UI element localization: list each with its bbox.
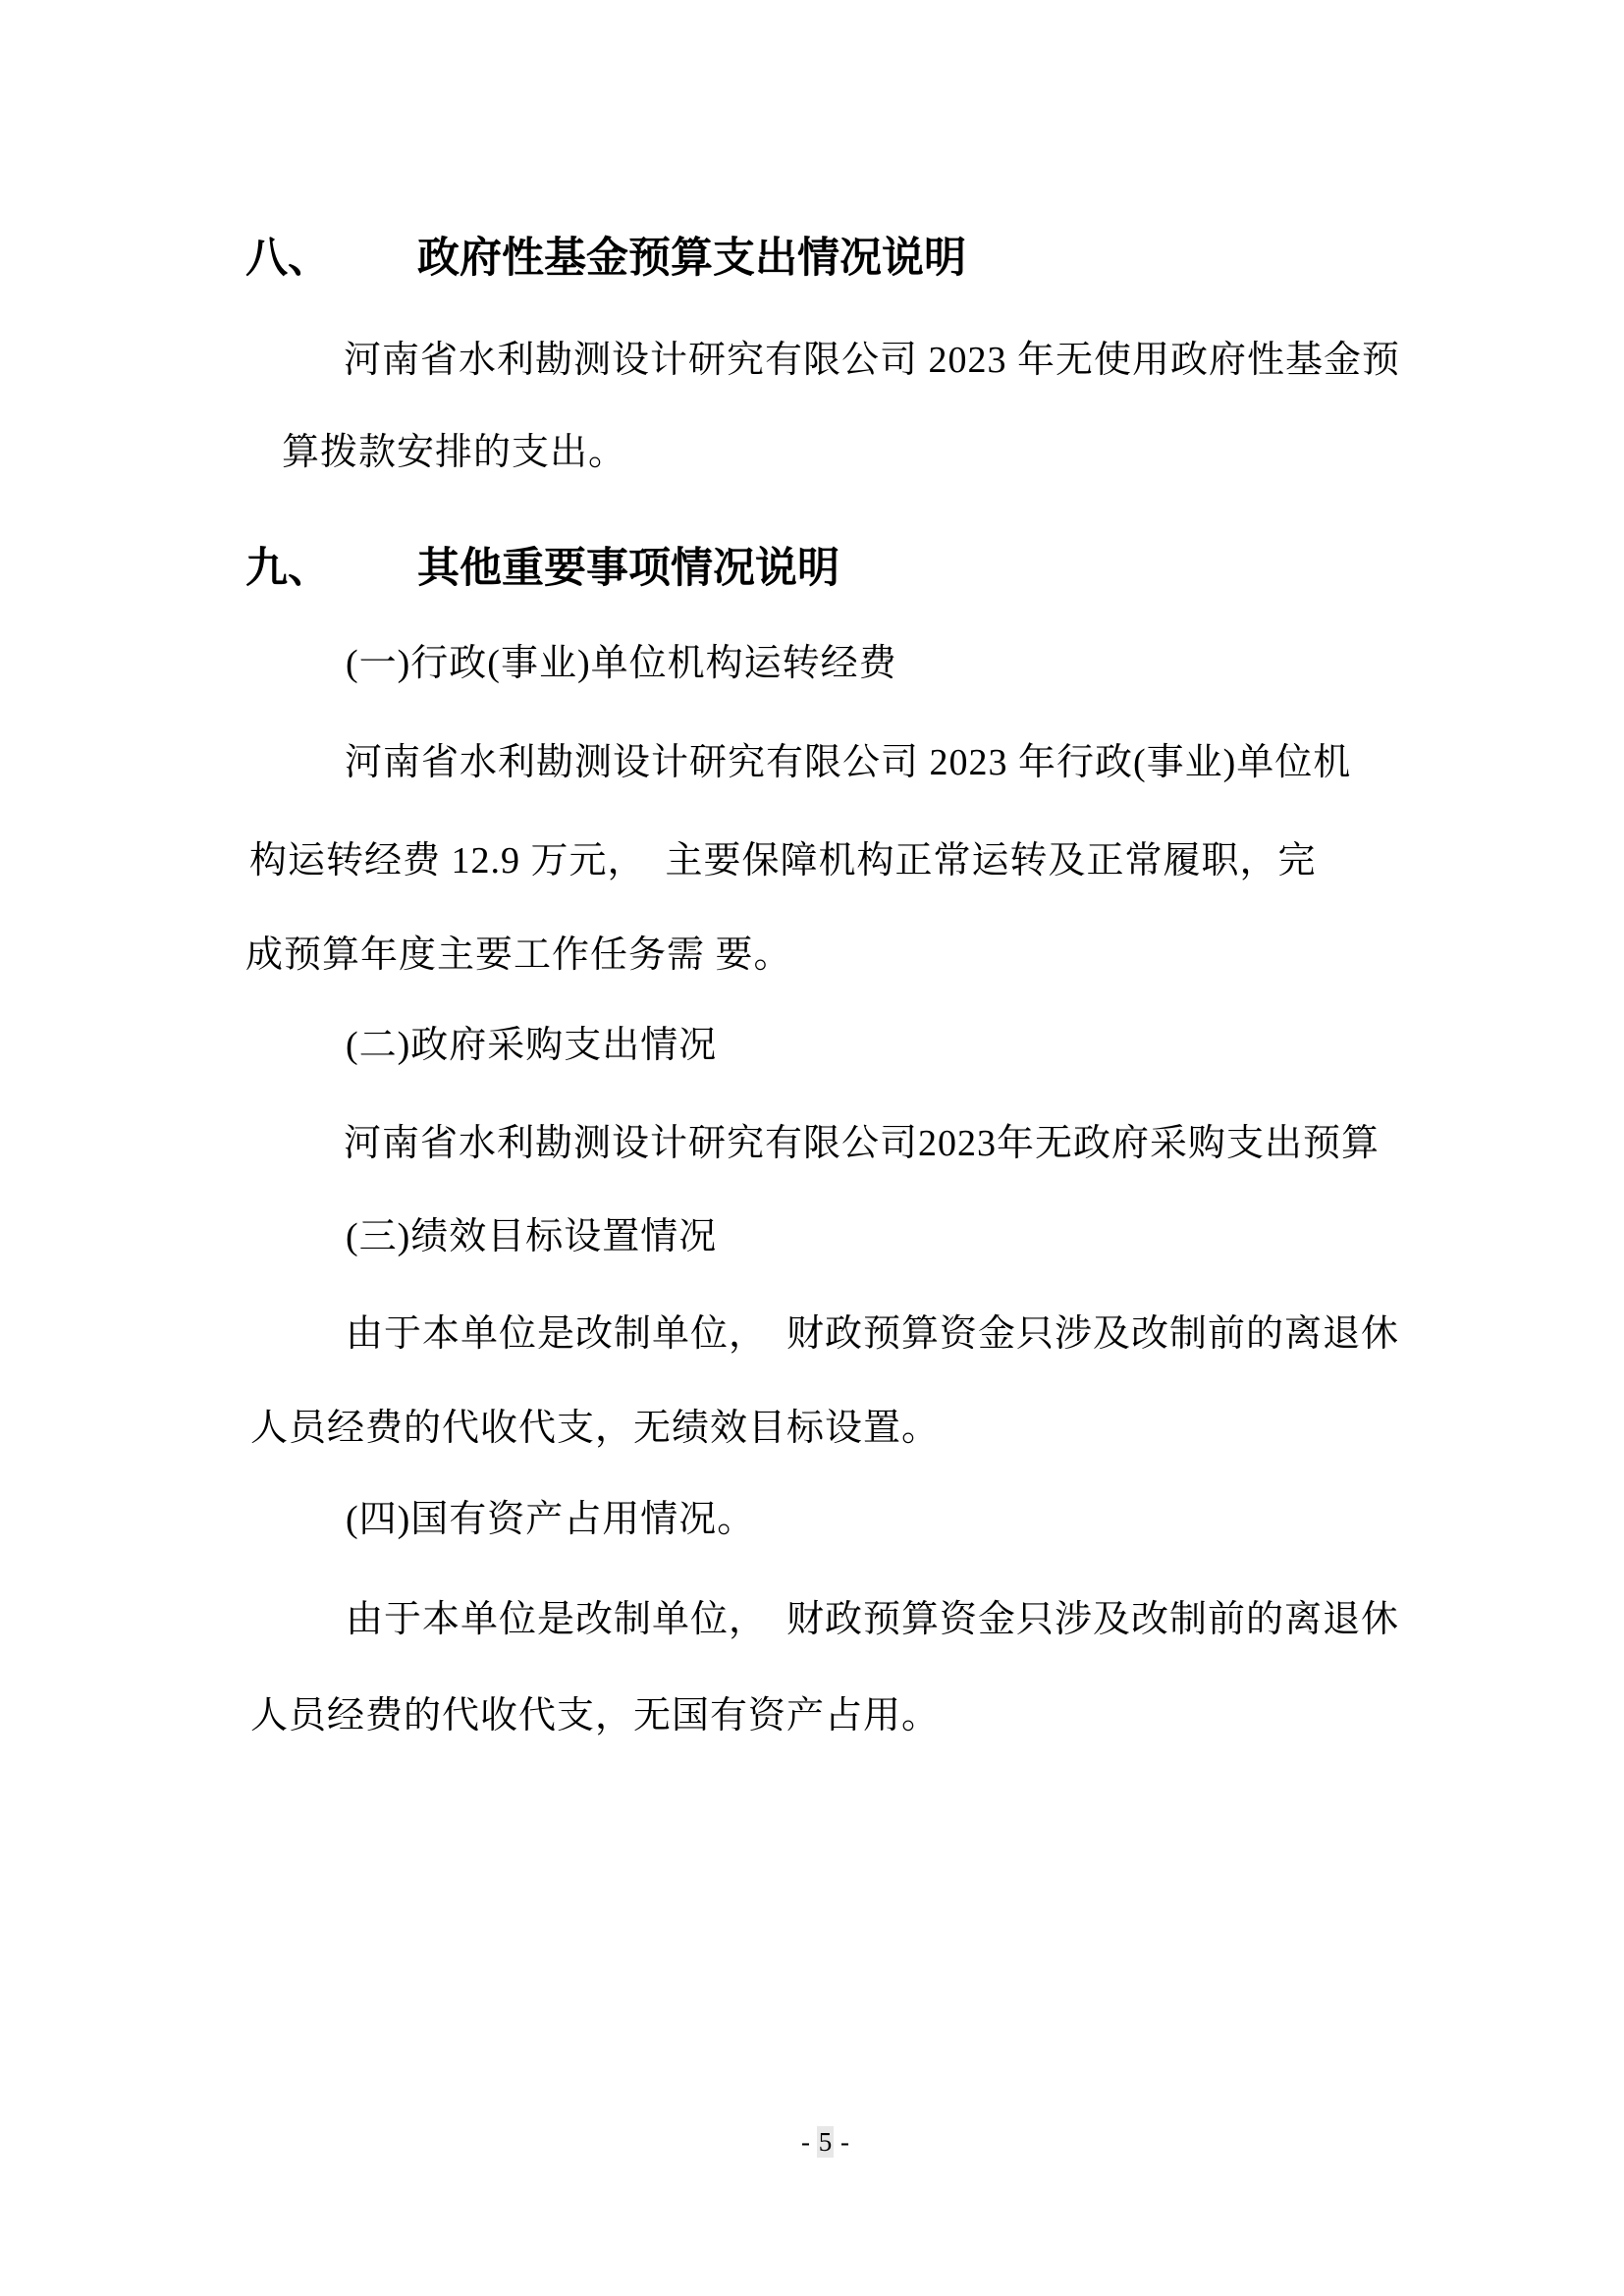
subsection-4-line-2: 人员经费的代收代支，无国有资产占用。: [250, 1697, 940, 1735]
page-number-dash-left: -: [801, 2127, 817, 2157]
page-number: 5: [817, 2126, 835, 2158]
page-footer: - 5 -: [0, 2103, 1624, 2182]
subsection-1-line-2: 构运转经费 12.9 万元， 主要保障机构正常运转及正常履职，完: [249, 842, 1317, 880]
section-8-heading-number: 八、: [245, 238, 330, 280]
subsection-3-heading: (三)绩效目标设置情况: [346, 1218, 717, 1255]
section-9-heading: 九、 其他重要事项情况说明: [0, 548, 1624, 607]
section-9-heading-number: 九、: [245, 548, 330, 590]
subsection-2-heading: (二)政府采购支出情况: [346, 1027, 717, 1064]
subsection-4-heading: (四)国有资产占用情况。: [346, 1501, 755, 1538]
subsection-1-line-3: 成预算年度主要工作任务需 要。: [245, 936, 792, 974]
subsection-2-line-1: 河南省水利勘测设计研究有限公司2023年无政府采购支出预算: [344, 1125, 1380, 1162]
section-8-heading-title: 政府性基金预算支出情况说明: [417, 238, 966, 280]
subsection-3-line-1: 由于本单位是改制单位， 财政预算资金只涉及改制前的离退休: [346, 1315, 1399, 1353]
subsection-1-line-1: 河南省水利勘测设计研究有限公司 2023 年行政(事业)单位机: [345, 744, 1351, 781]
subsection-1-heading: (一)行政(事业)单位机构运转经费: [346, 645, 897, 682]
document-page: 八、 政府性基金预算支出情况说明 河南省水利勘测设计研究有限公司 2023 年无…: [0, 0, 1624, 2296]
section-8-heading: 八、 政府性基金预算支出情况说明: [0, 238, 1624, 296]
subsection-4-line-1: 由于本单位是改制单位， 财政预算资金只涉及改制前的离退休: [346, 1601, 1399, 1638]
section-9-heading-title: 其他重要事项情况说明: [417, 548, 839, 590]
section-8-paragraph-line-2: 算拨款安排的支出。: [282, 434, 626, 471]
subsection-3-line-2: 人员经费的代收代支，无绩效目标设置。: [250, 1410, 940, 1447]
page-number-dash-right: -: [834, 2127, 849, 2157]
section-8-paragraph-line-1: 河南省水利勘测设计研究有限公司 2023 年无使用政府性基金预: [344, 342, 1400, 379]
